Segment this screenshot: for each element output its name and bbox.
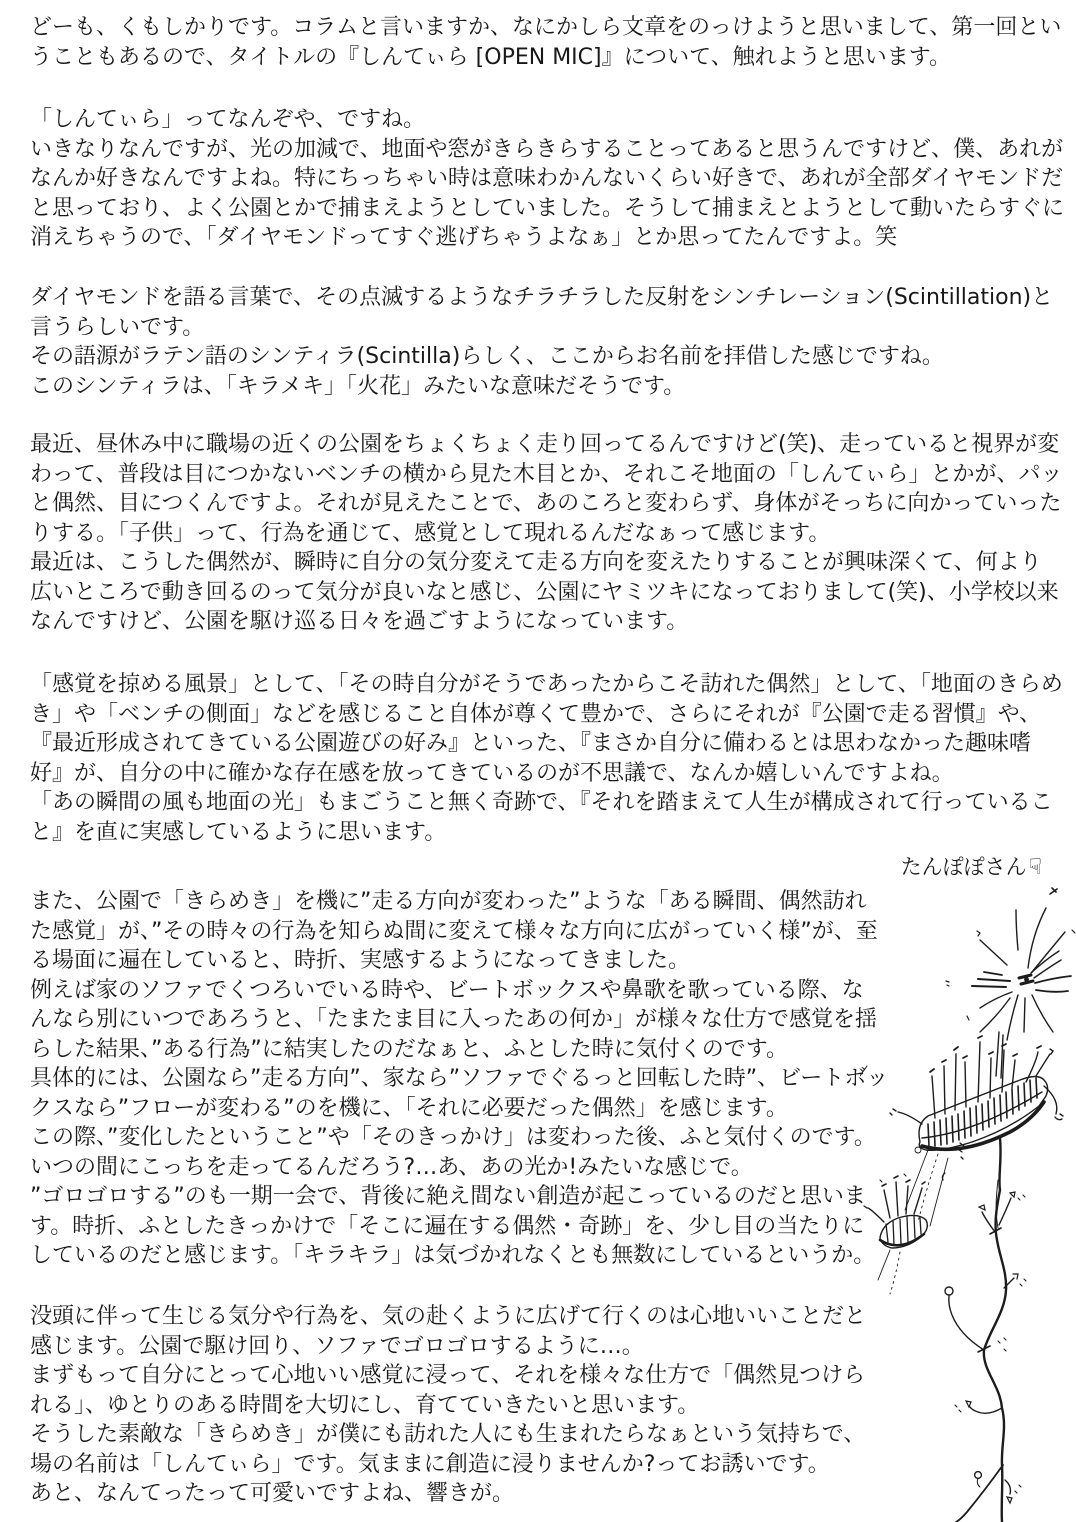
dandelion-sketch-svg [860,880,1076,1522]
text-line: 「しんてぃら」ってなんぞや、ですね。 [30,105,1064,135]
dandelion-illustration [860,880,1076,1522]
text-line: 場の名前は「しんてぃら」です。気ままに創造に浸りませんか?ってお誘いです。 [30,1450,870,1480]
text-line: この際、”変化したということ”や「そのきっかけ」は変わった後、ふと気付くのです。 [30,1123,870,1153]
column-page: どーも、くもしかりです。コラムと言いますか、なにかしら文章をのっけようと思いまし… [0,0,1076,1522]
paragraph-ubiquity-of-chance: また、公園で「きらめき」を機に”走る方向が変わった”ような「ある瞬間、偶然訪れた… [30,887,870,1271]
riser-stalks [996,1032,1003,1078]
text-line: 『最近形成されてきている公園遊びの好み』といった、『まさか自分に備わるとは思わな… [30,729,1063,759]
stem [945,1138,1026,1522]
text-line: 没頭に伴って生じる気分や行為を、気の赴くように広げて行くのは心地いいことだと [30,1302,870,1332]
text-line: このシンティラは、「キラメキ」「火花」みたいな意味だそうです。 [30,372,1053,402]
text-line: 言うらしいです。 [30,313,1053,343]
text-line: 好』が、自分の中に確かな存在感を放ってきているのが不思議で、なんか嬉しいんですよ… [30,759,1063,789]
text-line: しているのだと感じます。「キラキラ」は気づかれなくとも無数にしているというか。 [30,1241,870,1271]
seed-head [890,1036,1063,1226]
text-line: す。時折、ふとしたきっかけで「そこに遍在する偶然・奇跡」を、少し目の当たりに [30,1212,870,1242]
seed-fluff-burst [860,888,1075,1076]
text-line: りする。「子供」って、行為を通じて、感覚として現れるんだなぁって感じます。 [30,519,1062,549]
text-line: らした結果、”ある行為”に結実したのだなぁと、ふとした時に気付くのです。 [30,1035,870,1065]
text-line: た感覚」が、”その時々の行為を知らぬ間に変えて様々な方向に広がっていく様”が、至 [30,917,870,947]
text-line: んなら別にいつであろうと、「たまたま目に入ったあの何か」が様々な仕方で感覚を揺 [30,1005,870,1035]
text-line: いきなりなんですが、光の加減で、地面や窓がきらきらすることってあると思うんですけ… [30,135,1064,165]
down-pointing-hand-icon: ☟ [1029,855,1042,880]
paragraph-shintira-question: 「しんてぃら」ってなんぞや、ですね。いきなりなんですが、光の加減で、地面や窓がき… [30,105,1064,253]
paragraph-scenery-as-miracle: 「感覚を掠める風景」として、「その時自分がそうであったからこそ訪れた偶然」として… [30,670,1063,847]
text-line: あと、なんてったって可愛いですよね、響きが。 [30,1479,870,1509]
text-line: いつの間にこっちを走ってるんだろう?…あ、あの光か!みたいな感じで。 [30,1153,870,1183]
illustration-credit: たんぽぽさん☟ [901,854,1042,881]
text-line: と偶然、目につくんですよ。それが見えたことで、あのころと変わらず、身体がそっちに… [30,489,1062,519]
paragraph-park-running: 最近、昼休み中に職場の近くの公園をちょくちょく走り回ってるんですけど(笑)、走っ… [30,430,1062,637]
text-line: る場面に遍在していると、時折、実感するようになってきました。 [30,946,870,976]
text-line: まずもって自分にとって心地いい感覚に浸って、それを様々な仕方で「偶然見つけら [30,1361,870,1391]
text-line: そうした素敵な「きらめき」が僕にも訪れた人にも生まれたらなぁという気持ちで、 [30,1420,870,1450]
text-line: ダイヤモンドを語る言葉で、その点滅するようなチラチラした反射をシンチレーション(… [30,283,1053,313]
text-line: 消えちゃうので、「ダイヤモンドってすぐ逃げちゃうよなぁ」とか思ってたんですよ。笑 [30,223,1064,253]
text-line: 広いところで動き回るのって気分が良いなと感じ、公園にヤミツキになっておりまして(… [30,578,1062,608]
text-line: なんですけど、公園を駆け巡る日々を過ごすようになっています。 [30,607,1062,637]
paragraph-scintillation: ダイヤモンドを語る言葉で、その点滅するようなチラチラした反射をシンチレーション(… [30,283,1053,401]
text-line: うこともあるので、タイトルの『しんてぃら [OPEN MIC]』について、触れよ… [30,43,1061,73]
text-line: ”ゴロゴロする”のも一期一会で、背後に絶え間ない創造が起こっているのだと思いま [30,1182,870,1212]
paragraph-intro: どーも、くもしかりです。コラムと言いますか、なにかしら文章をのっけようと思いまし… [30,13,1061,72]
illustration-credit-label: たんぽぽさん [901,855,1027,879]
text-line: どーも、くもしかりです。コラムと言いますか、なにかしら文章をのっけようと思いまし… [30,13,1061,43]
text-line: クスなら”フローが変わる”のを機に、「それに必要だった偶然」を感じます。 [30,1094,870,1124]
text-line: れる」、ゆとりのある時間を大切にし、育てていきたいと思います。 [30,1391,870,1421]
text-line: と』を直に実感しているように思います。 [30,818,1063,848]
text-line: 「あの瞬間の風も地面の光」もまごうこと無く奇跡で、『それを踏まえて人生が構成され… [30,788,1063,818]
text-line: 最近、昼休み中に職場の近くの公園をちょくちょく走り回ってるんですけど(笑)、走っ… [30,430,1062,460]
text-line: 具体的には、公園なら”走る方向”、家なら”ソファでぐるっと回転した時”、ビートボ… [30,1064,870,1094]
small-seed-head [864,1174,927,1294]
text-line: また、公園で「きらめき」を機に”走る方向が変わった”ような「ある瞬間、偶然訪れ [30,887,870,917]
text-line: 「感覚を掠める風景」として、「その時自分がそうであったからこそ訪れた偶然」として… [30,670,1063,700]
text-line: き」や「ベンチの側面」などを感じること自体が尊くて豊かで、さらにそれが『公園で走… [30,700,1063,730]
paragraph-closing-invitation: 没頭に伴って生じる気分や行為を、気の赴くように広げて行くのは心地いいことだと感じ… [30,1302,870,1509]
text-line: わって、普段は目につかないベンチの横から見た木目とか、それこそ地面の「しんてぃら… [30,460,1062,490]
text-line: 最近は、こうした偶然が、瞬時に自分の気分変えて走る方向を変えたりすることが興味深… [30,548,1062,578]
text-line: 感じます。公園で駆け回り、ソファでゴロゴロするように…。 [30,1332,870,1362]
text-line: その語源がラテン語のシンティラ(Scintilla)らしく、ここからお名前を拝借… [30,342,1053,372]
text-line: と思っており、よく公園とかで捕まえようとしていました。そうして捕まえとようとして… [30,194,1064,224]
text-line: 例えば家のソファでくつろいでいる時や、ビートボックスや鼻歌を歌っている際、な [30,976,870,1006]
text-line: なんか好きなんですよね。特にちっちゃい時は意味わかんないくらい好きで、あれが全部… [30,164,1064,194]
